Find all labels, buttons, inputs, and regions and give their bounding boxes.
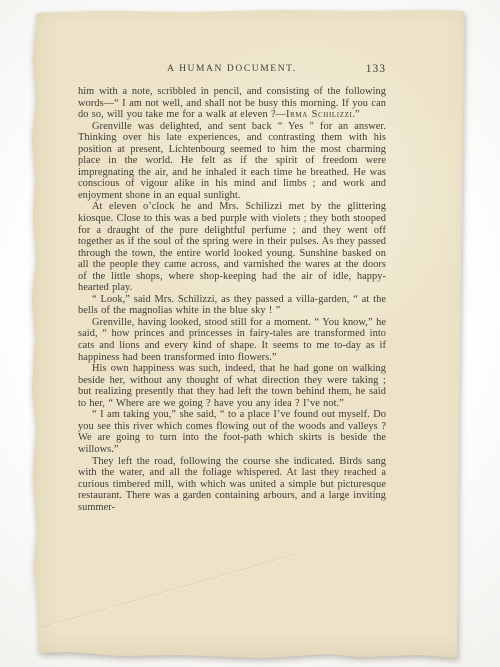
text-block: him with a note, scribbled in pencil, an… [78, 86, 386, 513]
text-run: His own happiness was such, indeed, that… [78, 363, 386, 409]
paragraph: They left the road, following the course… [78, 456, 386, 514]
text-run: At eleven o’clock he and Mrs. Schilizzi … [78, 201, 386, 293]
text-run: Grenville, having looked, stood still fo… [78, 317, 386, 363]
text-run: .” [352, 109, 359, 120]
signature-smallcaps: Irma Schilizzi [286, 109, 352, 120]
text-run: “ Look,” said Mrs. Schilizzi, as they pa… [78, 294, 386, 317]
text-run: “ I am taking you,” she said, “ to a pla… [78, 409, 386, 455]
page-header: A HUMAN DOCUMENT. 133 [78, 64, 386, 77]
page-content: A HUMAN DOCUMENT. 133 him with a note, s… [78, 64, 386, 513]
paragraph: Grenville, having looked, stood still fo… [78, 317, 386, 363]
paragraph: him with a note, scribbled in pencil, an… [78, 86, 386, 121]
photo-backdrop: A HUMAN DOCUMENT. 133 him with a note, s… [0, 0, 500, 667]
running-title: A HUMAN DOCUMENT. [167, 64, 297, 74]
paragraph: “ Look,” said Mrs. Schilizzi, as they pa… [78, 294, 386, 317]
paragraph: Grenville was delighted, and sent back “… [78, 121, 386, 202]
book-page: A HUMAN DOCUMENT. 133 him with a note, s… [30, 8, 470, 661]
text-run: They left the road, following the course… [78, 456, 386, 513]
text-run: Grenville was delighted, and sent back “… [78, 121, 386, 201]
paragraph: At eleven o’clock he and Mrs. Schilizzi … [78, 201, 386, 293]
page-number: 133 [366, 63, 386, 75]
page-shadow: A HUMAN DOCUMENT. 133 him with a note, s… [30, 8, 470, 661]
paragraph: “ I am taking you,” she said, “ to a pla… [78, 409, 386, 455]
paragraph: His own happiness was such, indeed, that… [78, 363, 386, 409]
